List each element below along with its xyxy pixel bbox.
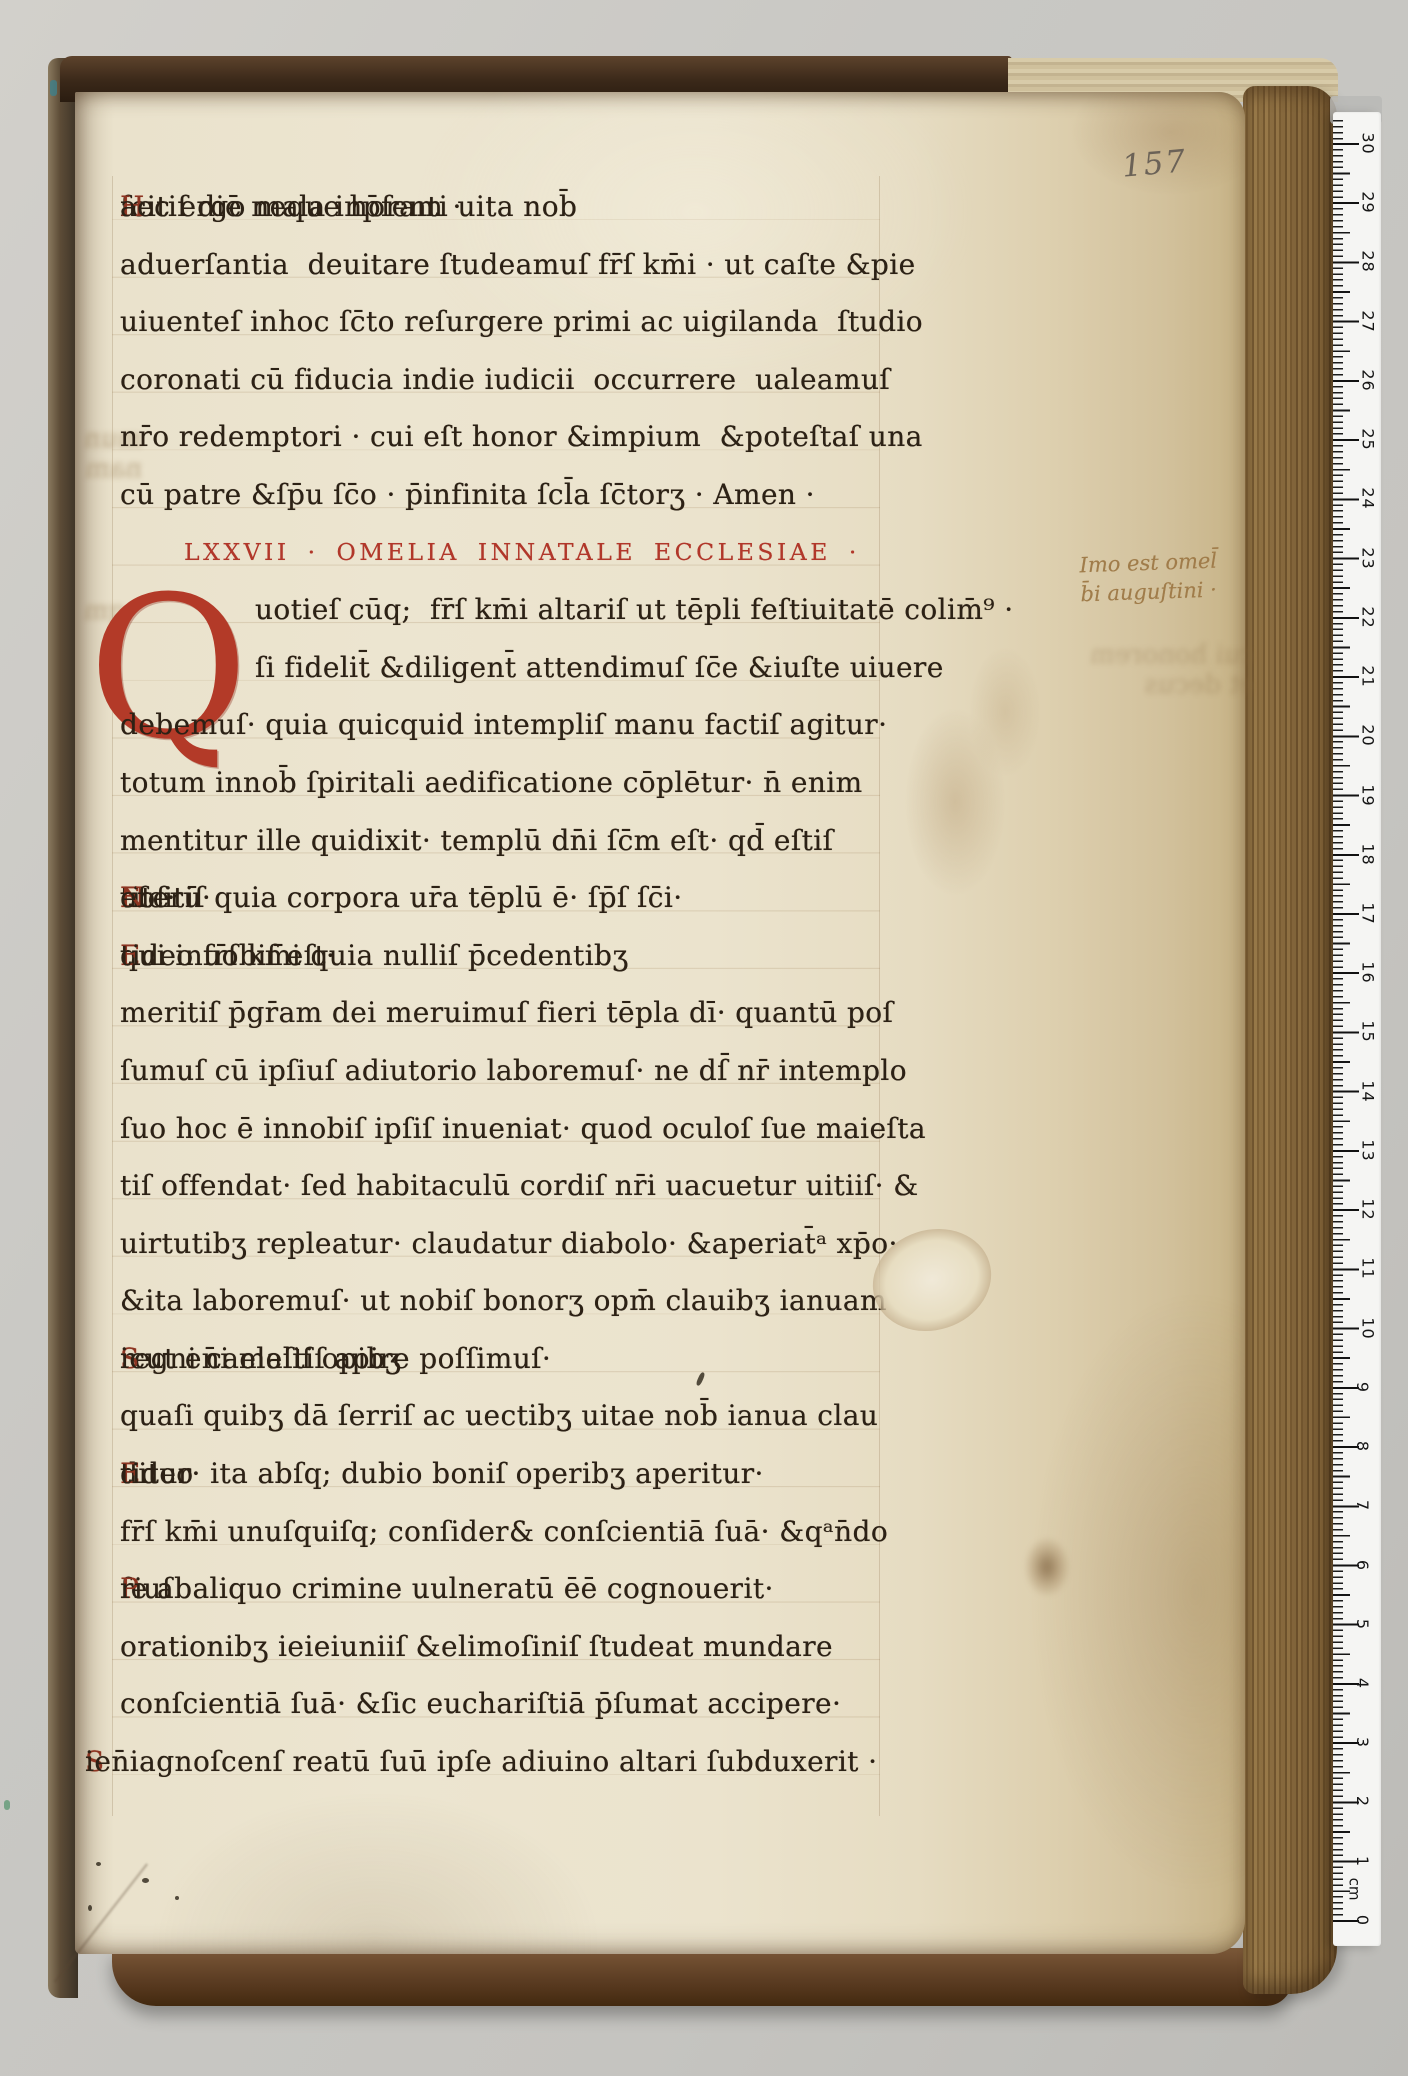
ruler-number: 11 [1359,1258,1378,1280]
manuscript-line: meritiſ p̄gr̄am dei meruimuſ fieri tēpla… [120,984,900,1042]
ruler-number: 20 [1359,725,1378,747]
rubric-line: LXXVII · OMELIA INNATALE ECCLESIAE · [120,524,900,582]
manuscript-line: debemuſ· quia quicquid intempliſ manu fa… [120,696,900,754]
line-text: &ita laboremuſ· ut nobiſ bonorʒ opm̄ cla… [120,1272,887,1330]
folio-number: 157 [1121,143,1189,185]
line-text: nr̄o redemptori · cui eſt honor &impium … [120,408,923,466]
ink-speck [142,1878,149,1883]
ruler-number: 19 [1359,784,1378,806]
line-text: debemuſ· quia quicquid intempliſ manu fa… [120,696,887,754]
ruler-number: 22 [1359,606,1378,628]
manuscript-line: orationibʒ ieieiuniiſ &elimoſiniſ ſtudea… [120,1618,900,1676]
ink-speck [88,1905,92,1911]
manuscript-line: ſuo hoc ē innobiſ ipſiſ inueniat· quod o… [120,1100,900,1158]
ruler-number: 6 [1353,1559,1372,1570]
ruler-number: 27 [1359,310,1378,332]
ruler-number: 21 [1359,665,1378,687]
ruler-number: 25 [1359,428,1378,450]
line-text: uiuenteſ inhoc ſc̄to reſurgere primi ac … [120,293,923,351]
book-spine-edge [48,58,78,1998]
manuscript-line: Sien̄iagnoſcenſ reatū ſuū ipſe adiuino a… [85,1733,900,1791]
line-text: meritiſ p̄gr̄am dei meruimuſ fieri tēpla… [120,984,893,1042]
ruler-number: 0 [1353,1915,1372,1926]
ruler-number: 9 [1353,1382,1372,1393]
ruler-number: 26 [1359,369,1378,391]
line-text: icut en̄i maliſ opibʒ [120,1330,401,1388]
ruler-number: 1 [1353,1856,1372,1867]
manuscript-line: mentitur ille quidixit· templū dn̄i ſc̄m… [120,812,900,870]
manuscript-photo: mun nam qm cui honorem et decus 157 Q ſc… [0,0,1408,2076]
manuscript-line: qui inuobiſ eſt· Etideo fr̄ſ km̄i quia n… [120,927,900,985]
marginal-note: Imo est omel̄ b̄i auguſtini · [1079,545,1271,610]
measuring-ruler: 3029282726252423222120191817161514131211… [1333,112,1381,1946]
ruler-number: 18 [1359,843,1378,865]
ruler-number: 2 [1353,1796,1372,1807]
page-fore-edge-stack [1243,86,1337,1994]
show-through-text: cui honorem et decus [1090,640,1255,700]
manuscript-line: nr̄o redemptori · cui eſt honor &impium … [120,408,900,466]
ruler-number: 30 [1359,132,1378,154]
line-text: ſe abaliquo crimine uulneratū ēē cognoue… [120,1560,783,1618]
line-text: LXXVII · OMELIA INNATALE ECCLESIAE · [184,524,860,582]
line-text: ſi fidelit̄ &diligent̄ attendimuſ ſc̄e &… [255,639,944,697]
line-text: ſuo hoc ē innobiſ ipſiſ inueniat· quod o… [120,1100,926,1158]
manuscript-line: totum innob̄ ſpiritali aedificatione cōp… [120,754,900,812]
ruler-number: 14 [1359,1080,1378,1102]
ruler-number: 16 [1359,962,1378,984]
line-text: tideo [120,1445,194,1503]
manuscript-line: &ita laboremuſ· ut nobiſ bonorʒ opm̄ cla… [120,1272,900,1330]
binding-thread-mark [50,80,57,96]
edge-mark [4,1800,10,1810]
manuscript-line: ſumuſ cū ipſiuſ adiutorio laboremuſ· ne … [120,1042,900,1100]
manuscript-line: aduerſantia deuitare ſtudeamuſ fr̄ſ km̄i… [120,236,900,294]
ruler-number: 12 [1359,1198,1378,1220]
manuscript-line: coronati cū fiducia indie iudicii occurr… [120,351,900,409]
manuscript-line: ſe abaliquo crimine uulneratū ēē cognoue… [120,1560,900,1618]
ruler-number: 7 [1353,1500,1372,1511]
line-text: totum innob̄ ſpiritali aedificatione cōp… [120,754,863,812]
manuscript-line: uiuenteſ inhoc ſc̄to reſurgere primi ac … [120,293,900,351]
ruler-number: 28 [1359,251,1378,273]
manuscript-line: fr̄ſ km̄i unuſquiſq; conſider& conſcient… [120,1503,900,1561]
ruler-number: 4 [1353,1678,1372,1689]
line-text: quaſi quibʒ dā ſerriſ ac uectibʒ uitae n… [120,1387,878,1445]
manuscript-line: ditur· ita abſq; dubio boniſ operibʒ ape… [120,1445,900,1503]
ink-smudge [1025,1538,1069,1596]
line-text: eſcitiſ quia corpora ur̄a tēplū ē· ſp̄ſ … [120,869,683,927]
manuscript-line: quaſi quibʒ dā ſerriſ ac uectibʒ uitae n… [120,1387,900,1445]
ruler-number: 17 [1359,902,1378,924]
line-text: cū patre &ſp̄u ſc̄o · p̄infinita ſcl̄a ſ… [120,466,815,524]
ruler-number: 23 [1359,547,1378,569]
line-text: tideo fr̄ſ km̄i quia nulliſ p̄cedentibʒ [120,927,629,985]
ruler-number: 29 [1359,192,1378,214]
manuscript-line: uoſ· Etiterū· Neſcitiſ quia corpora ur̄a… [120,869,900,927]
manuscript-line: ſcitiſ diē neque horam · Haec ergo mala … [120,178,900,236]
ruler-number: 8 [1353,1441,1372,1452]
ruler-number: 10 [1359,1317,1378,1339]
ink-speck [175,1896,179,1900]
line-text: uotieſ cūq; fr̄ſ km̄i altariſ ut tēpli f… [255,581,1014,639]
line-text: ien̄iagnoſcenſ reatū ſuū ipſe adiuino al… [85,1733,877,1791]
ruler-number: 3 [1353,1737,1372,1748]
text-block: Q ſcitiſ diē neque horam · Haec ergo mal… [120,178,900,1858]
line-text: conſcientiā ſuā· &ſic euchariſtiā p̄ſuma… [120,1675,841,1733]
book-cover-bottom-edge [112,1948,1292,2006]
ruler-number: 24 [1359,488,1378,510]
line-text: aduerſantia deuitare ſtudeamuſ fr̄ſ km̄i… [120,236,916,294]
line-text: aec ergo mala inp̄ſenti uita nob̄ [120,178,577,236]
line-text: mentitur ille quidixit· templū dn̄i ſc̄m… [120,812,833,870]
manuscript-line: conſcientiā ſuā· &ſic euchariſtiā p̄ſuma… [120,1675,900,1733]
manuscript-line: cū patre &ſp̄u ſc̄o · p̄infinita ſcl̄a ſ… [120,466,900,524]
ruler-number: 15 [1359,1021,1378,1043]
line-text: uirtutibʒ repleatur· claudatur diabolo· … [120,1215,898,1273]
ruler-unit-label: cm [1345,1878,1363,1901]
ruler-number: 5 [1353,1619,1372,1630]
line-text: riuſ [120,1560,172,1618]
manuscript-line: uirtutibʒ repleatur· claudatur diabolo· … [120,1215,900,1273]
line-text: orationibʒ ieieiuniiſ &elimoſiniſ ſtudea… [120,1618,833,1676]
manuscript-line: tiſ offendat· ſed habitaculū cordiſ nr̄i… [120,1157,900,1215]
ruler-number: 13 [1359,1139,1378,1161]
line-text: ditur· ita abſq; dubio boniſ operibʒ ape… [120,1445,773,1503]
line-text: tiſ offendat· ſed habitaculū cordiſ nr̄i… [120,1157,919,1215]
line-text: fr̄ſ km̄i unuſquiſq; conſider& conſcient… [120,1503,888,1561]
ink-speck [96,1862,101,1866]
line-text: ſumuſ cū ipſiuſ adiutorio laboremuſ· ne … [120,1042,907,1100]
line-text: coronati cū fiducia indie iudicii occurr… [120,351,890,409]
manuscript-line: regni caeleſtiſ apire poſſimuſ· Sicut en… [120,1330,900,1388]
ruler-numbers: 3029282726252423222120191817161514131211… [1333,112,1381,1946]
